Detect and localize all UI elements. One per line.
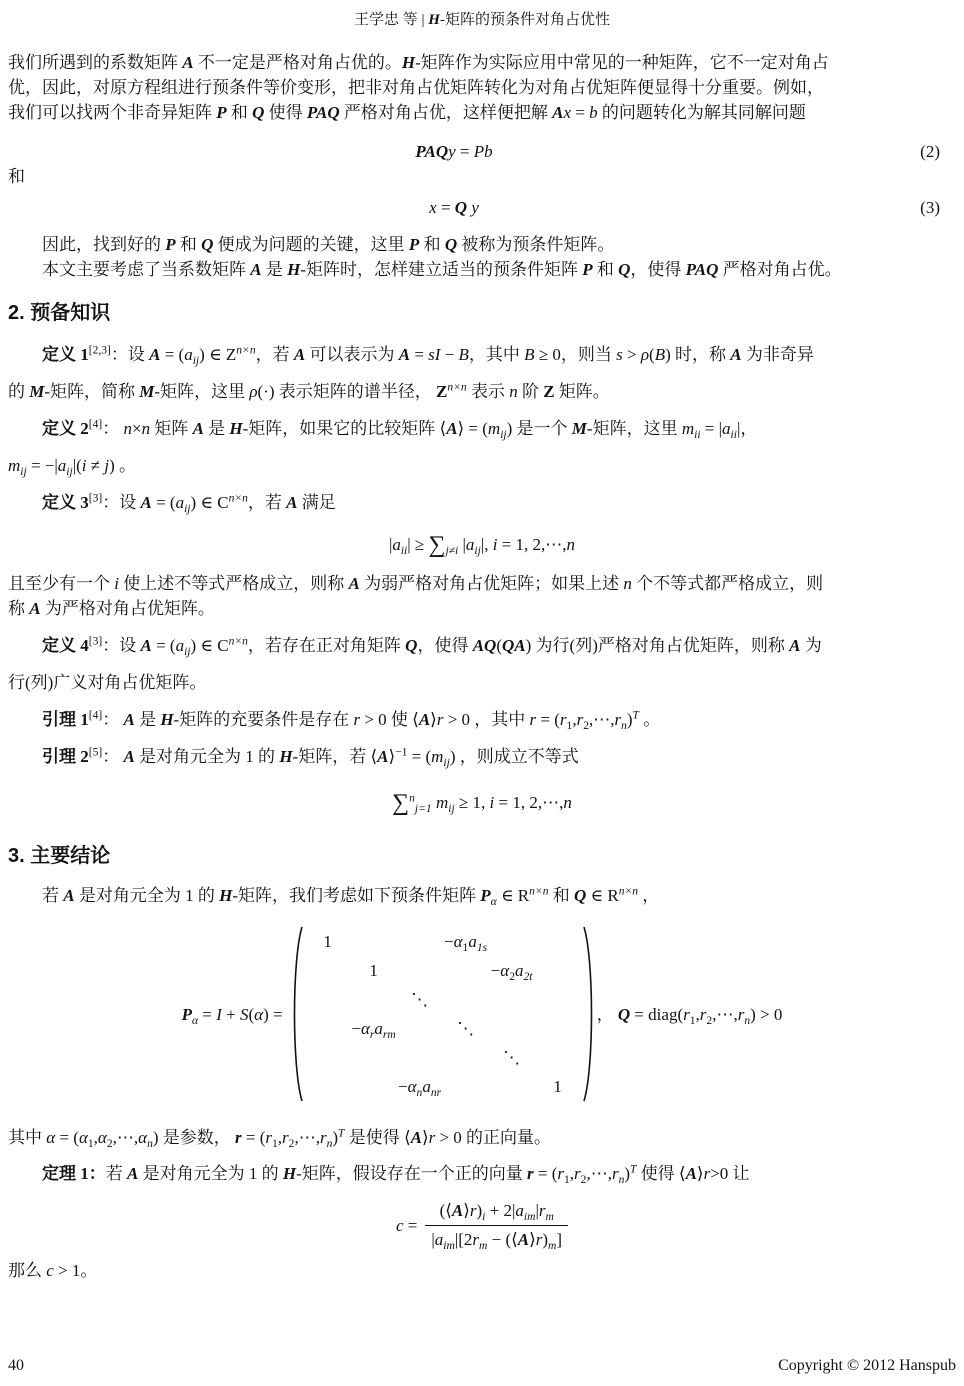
matrix-body: 1 −α1a1s 1 −α2a2t ⋱ −αrarm ⋱ ⋱ −αnanr 1	[289, 924, 597, 1104]
fraction: (⟨A⟩r)i + 2|aim|rm |aim|[2rm − (⟨A⟩r)m]	[425, 1199, 568, 1252]
matrix-cell: −αrarm	[351, 1016, 397, 1041]
intro-paragraph2: 因此，找到好的 P 和 Q 便成为问题的关键，这里 P 和 Q 被称为预条件矩阵…	[8, 232, 956, 257]
definition-1-line1: 定义 1[2,3]：设 A = (aij) ∈ Zn×n，若 A 可以表示为 A…	[8, 336, 956, 373]
paper-page: 王学忠 等 | H-矩阵的预条件对角占优性 我们所遇到的系数矩阵 A 不一定是严…	[0, 0, 964, 1386]
section-2-title: 2. 预备知识	[8, 298, 956, 328]
matrix-lhs: Pα = I + S(α) =	[182, 1002, 283, 1027]
page-number: 40	[8, 1356, 24, 1376]
equation-2-number: (2)	[900, 139, 940, 164]
definition-2-line1: 定义 2[4]： n×n 矩阵 A 是 H-矩阵，如果它的比较矩阵 ⟨A⟩ = …	[8, 410, 956, 447]
c-equals: c =	[396, 1213, 417, 1238]
definition-1-line2: 的 M-矩阵，简称 M-矩阵，这里 ρ(·) 表示矩阵的谱半径， Zn×n 表示…	[8, 373, 956, 410]
weak-dominance-line1: 且至少有一个 i 使上述不等式严格成立，则称 A 为弱严格对角占优矩阵；如果上述…	[8, 571, 956, 596]
matrix-cell: −α2a2t	[489, 958, 535, 983]
equation-3-body: x = Q y	[8, 195, 900, 220]
intro-paragraph-line1: 我们所遇到的系数矩阵 A 不一定是严格对角占优的。H-矩阵作为实际应用中常见的一…	[8, 50, 956, 75]
matrix-cell: 1	[351, 958, 397, 983]
matrix-left-paren	[289, 924, 305, 1104]
matrix-cell: −αnanr	[397, 1074, 443, 1099]
intro-paragraph3: 本文主要考虑了当系数矩阵 A 是 H-矩阵时，怎样建立适当的预条件矩阵 P 和 …	[8, 257, 956, 282]
equation-row-dominance: |aii| ≥ ∑j≠i |aij|, i = 1, 2,⋯,n	[8, 527, 956, 563]
equation-3-number: (3)	[900, 195, 940, 220]
matrix-cell: 1	[535, 1074, 581, 1099]
definition-4-line2: 行(列)广义对角占优矩阵。	[8, 664, 956, 701]
definition-2-line2: mij = −|aij|(i ≠ j) 。	[8, 447, 956, 484]
intro-paragraph-line2: 优，因此，对原方程组进行预条件等价变形，把非对角占优矩阵转化为对角占优矩阵便显得…	[8, 75, 956, 100]
definition-4-line1: 定义 4[3]：设 A = (aij) ∈ Cn×n，若存在正对角矩阵 Q，使得…	[8, 627, 956, 664]
c-fraction-equation: c = (⟨A⟩r)i + 2|aim|rm |aim|[2rm − (⟨A⟩r…	[8, 1199, 956, 1252]
theorem-1: 定理 1：若 A 是对角元全为 1 的 H-矩阵，假设存在一个正的向量 r = …	[8, 1159, 956, 1189]
matrix-right-paren	[581, 924, 597, 1104]
lemma-2: 引理 2[5]： A 是对角元全为 1 的 H-矩阵，若 ⟨A⟩−1 = (mi…	[8, 738, 956, 775]
fraction-denominator: |aim|[2rm − (⟨A⟩r)m]	[425, 1225, 568, 1252]
matrix-cell: ⋱	[397, 987, 443, 1012]
page-footer: 40 Copyright © 2012 Hanspub	[8, 1356, 956, 1376]
weak-dominance-line2: 称 A 为严格对角占优矩阵。	[8, 596, 956, 621]
equation-2-body: PAQy = Pb	[8, 139, 900, 164]
matrix-cell: ⋱	[443, 1016, 489, 1041]
matrix-grid: 1 −α1a1s 1 −α2a2t ⋱ −αrarm ⋱ ⋱ −αnanr 1	[305, 927, 581, 1101]
running-header: 王学忠 等 | H-矩阵的预条件对角占优性	[8, 10, 956, 30]
matrix-cell: −α1a1s	[443, 929, 489, 954]
equation-3: x = Q y (3)	[8, 195, 956, 220]
lemma-1: 引理 1[4]： A 是 H-矩阵的充要条件是存在 r > 0 使 ⟨A⟩r >…	[8, 701, 956, 738]
equation-2: PAQy = Pb (2)	[8, 139, 956, 164]
preconditioner-matrix-equation: Pα = I + S(α) = 1 −α1a1s 1 −α2a2t ⋱ −αra…	[8, 921, 956, 1107]
section-3-title: 3. 主要结论	[8, 841, 956, 871]
section-3-intro: 若 A 是对角元全为 1 的 H-矩阵，我们考虑如下预条件矩阵 Pα ∈ Rn×…	[8, 881, 956, 911]
definition-3-line1: 定义 3[3]：设 A = (aij) ∈ Cn×n，若 A 满足	[8, 484, 956, 521]
matrix-cell: ⋱	[489, 1045, 535, 1070]
equation-row-sum: ∑nj=1 mij ≥ 1, i = 1, 2,⋯,n	[8, 783, 956, 823]
matrix-cell: 1	[305, 929, 351, 954]
fraction-numerator: (⟨A⟩r)i + 2|aim|rm	[434, 1199, 560, 1225]
matrix-rhs-q-definition: ， Q = diag(r1,r2,⋯,rn) > 0	[597, 1002, 783, 1027]
parameter-line: 其中 α = (α1,α2,⋯,αn) 是参数， r = (r1,r2,⋯,rn…	[8, 1123, 956, 1153]
and-connector: 和	[8, 164, 956, 189]
intro-paragraph-line3: 我们可以找两个非奇异矩阵 P 和 Q 使得 PAQ 严格对角占优，这样便把解 A…	[8, 100, 956, 125]
copyright-notice: Copyright © 2012 Hanspub	[778, 1356, 956, 1376]
conclusion-line: 那么 c > 1。	[8, 1258, 956, 1283]
